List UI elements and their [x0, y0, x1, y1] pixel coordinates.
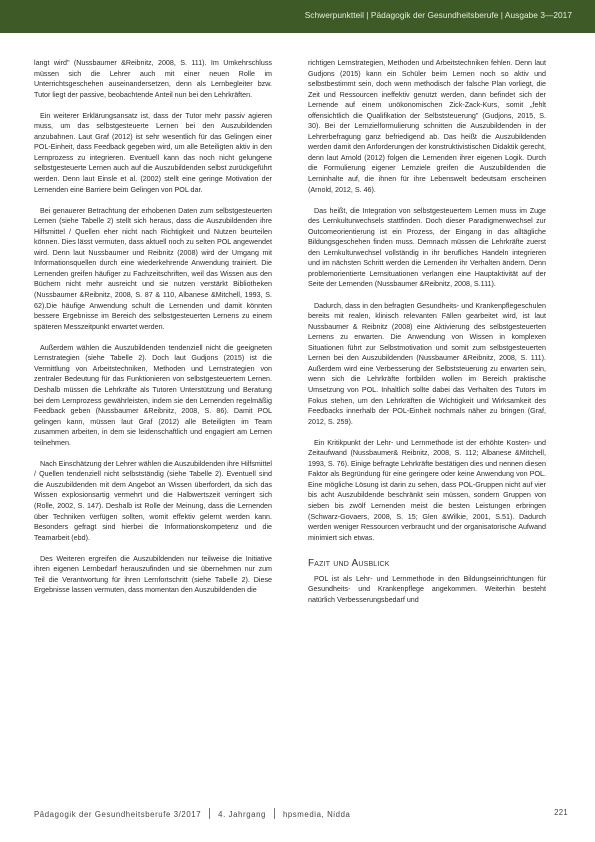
- paragraph: Das heißt, die Integration von selbstges…: [308, 206, 546, 290]
- running-header-bar: Schwerpunktteil | Pädagogik der Gesundhe…: [0, 0, 595, 33]
- paragraph: Des Weiteren ergreifen die Auszubildende…: [34, 554, 272, 596]
- paragraph: langt wird" (Nussbaumer &Reibnitz, 2008,…: [34, 58, 272, 100]
- paragraph: Dadurch, dass in den befragten Gesundhei…: [308, 301, 546, 428]
- footer-journal: Pädagogik der Gesundheitsberufe 3/2017: [34, 810, 201, 819]
- paragraph: Nach Einschätzung der Lehrer wählen die …: [34, 459, 272, 543]
- left-column: langt wird" (Nussbaumer &Reibnitz, 2008,…: [34, 58, 272, 606]
- right-column: richtigen Lernstrategien, Methoden und A…: [308, 58, 546, 616]
- footer-divider: [274, 808, 275, 819]
- footer-volume: 4. Jahrgang: [218, 810, 266, 819]
- paragraph: Ein Kritikpunkt der Lehr- und Lernmethod…: [308, 438, 546, 543]
- paragraph: POL ist als Lehr- und Lernmethode in den…: [308, 574, 546, 606]
- running-header-text: Schwerpunktteil | Pädagogik der Gesundhe…: [305, 10, 572, 20]
- footer-publisher: hpsmedia, Nidda: [283, 810, 351, 819]
- paragraph: Außerdem wählen die Auszubildenden tende…: [34, 343, 272, 448]
- paragraph: Ein weiterer Erklärungsansatz ist, dass …: [34, 111, 272, 195]
- footer-divider: [209, 808, 210, 819]
- section-heading: Fazit und Ausblick: [308, 559, 546, 570]
- page-footer: Pädagogik der Gesundheitsberufe 3/20174.…: [34, 808, 568, 819]
- page-number: 221: [554, 808, 568, 817]
- paragraph: Bei genauerer Betrachtung der erhobenen …: [34, 206, 272, 333]
- paragraph: richtigen Lernstrategien, Methoden und A…: [308, 58, 546, 195]
